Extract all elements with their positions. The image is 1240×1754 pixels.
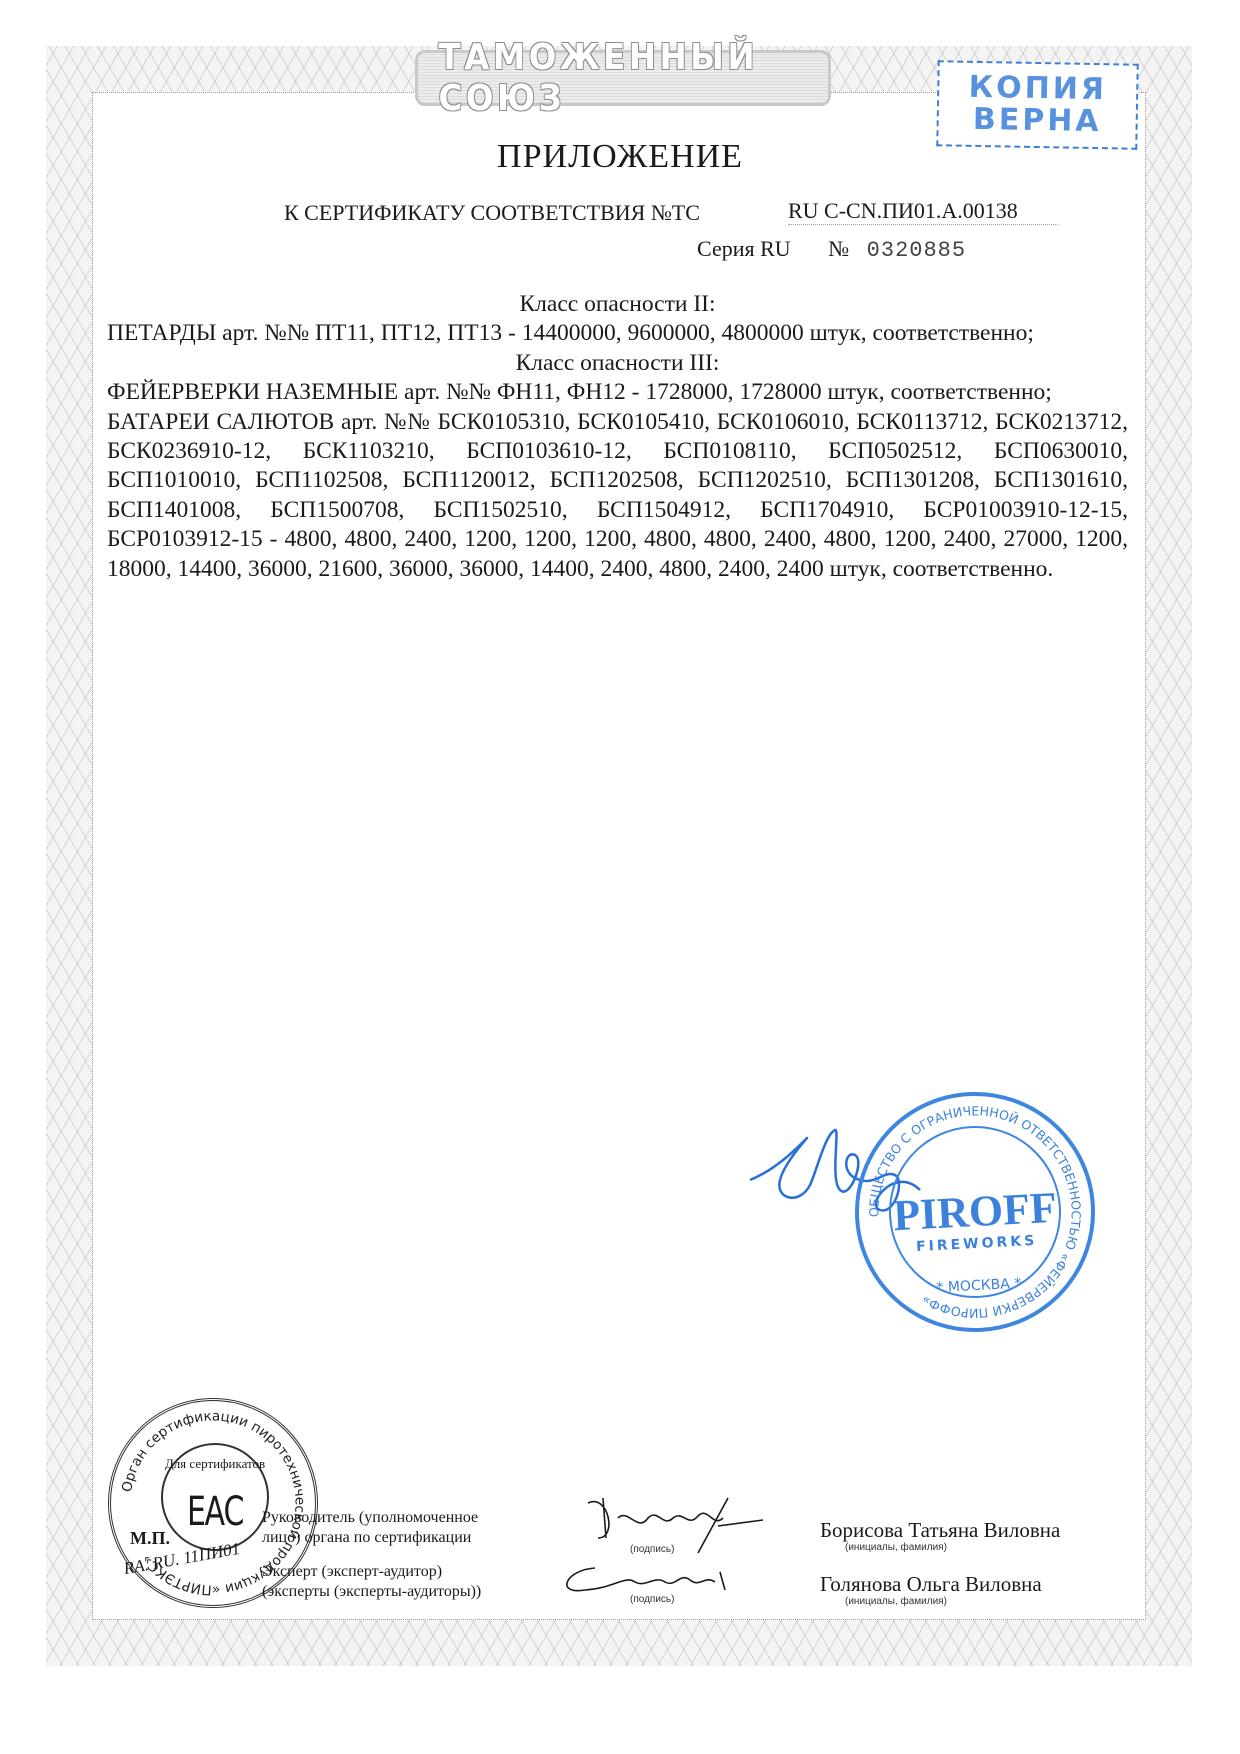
hazard-class-heading: Класс опасности II: — [107, 290, 1128, 319]
series-number-label: № — [828, 236, 849, 261]
hazard-class-heading: Класс опасности III: — [107, 349, 1128, 378]
head-name: Борисова Татьяна Виловна — [820, 1518, 1060, 1543]
subtitle-text: К СЕРТИФИКАТУ СООТВЕТСТВИЯ №ТС — [284, 200, 700, 225]
product-paragraph: БАТАРЕИ САЛЮТОВ арт. №№ БСК0105310, БСК0… — [107, 408, 1128, 584]
expert-name: Голянова Ольга Виловна — [820, 1572, 1042, 1597]
series-row: Серия RU № 0320885 — [697, 236, 966, 263]
copy-stamp-line1: КОПИЯ — [968, 72, 1107, 106]
eac-mark: ЕАС — [176, 1489, 254, 1535]
signature-caption: (подпись) — [630, 1594, 674, 1605]
head-label-line1: Руководитель (уполномоченное — [262, 1508, 481, 1528]
name-caption: (инициалы, фамилия) — [845, 1542, 947, 1553]
seal-place-label: М.П. — [130, 1528, 170, 1549]
series-number: 0320885 — [867, 238, 966, 263]
certificate-subtitle: К СЕРТИФИКАТУ СООТВЕТСТВИЯ №ТС RU C-CN.П… — [284, 200, 700, 226]
head-label-line2: лицо) органа по сертификации — [262, 1528, 481, 1548]
document-title: ПРИЛОЖЕНИЕ — [0, 138, 1240, 176]
signature-caption: (подпись) — [630, 1544, 674, 1555]
product-paragraph: ПЕТАРДЫ арт. №№ ПТ11, ПТ12, ПТ13 - 14400… — [107, 319, 1128, 348]
certificate-number: RU C-CN.ПИ01.А.00138 — [788, 198, 1058, 225]
copy-stamp-line2: ВЕРНА — [973, 104, 1102, 138]
expert-label-line2: (эксперты (эксперты-аудиторы)) — [262, 1582, 481, 1602]
product-paragraph: ФЕЙЕРВЕРКИ НАЗЕМНЫЕ арт. №№ ФН11, ФН12 -… — [107, 378, 1128, 407]
copy-verified-stamp: КОПИЯ ВЕРНА — [936, 60, 1138, 149]
for-certificates-text: Для сертификатов — [163, 1457, 267, 1471]
signature-labels: Руководитель (уполномоченное лицо) орган… — [262, 1508, 481, 1610]
certification-stamp-center: Для сертификатов ЕАС — [161, 1443, 269, 1551]
expert-label-line1: Эксперт (эксперт-аудитор) — [262, 1562, 481, 1582]
company-stamp: ОБЩЕСТВО С ОГРАНИЧЕННОЙ ОТВЕТСТВЕННОСТЬЮ… — [849, 1086, 1101, 1338]
document-body: Класс опасности II: ПЕТАРДЫ арт. №№ ПТ11… — [107, 290, 1128, 584]
name-caption: (инициалы, фамилия) — [845, 1596, 947, 1607]
banner-text: ТАМОЖЕННЫЙ СОЮЗ — [439, 37, 808, 119]
customs-union-banner: ТАМОЖЕННЫЙ СОЮЗ — [415, 50, 831, 106]
series-label: Серия RU — [697, 236, 791, 261]
